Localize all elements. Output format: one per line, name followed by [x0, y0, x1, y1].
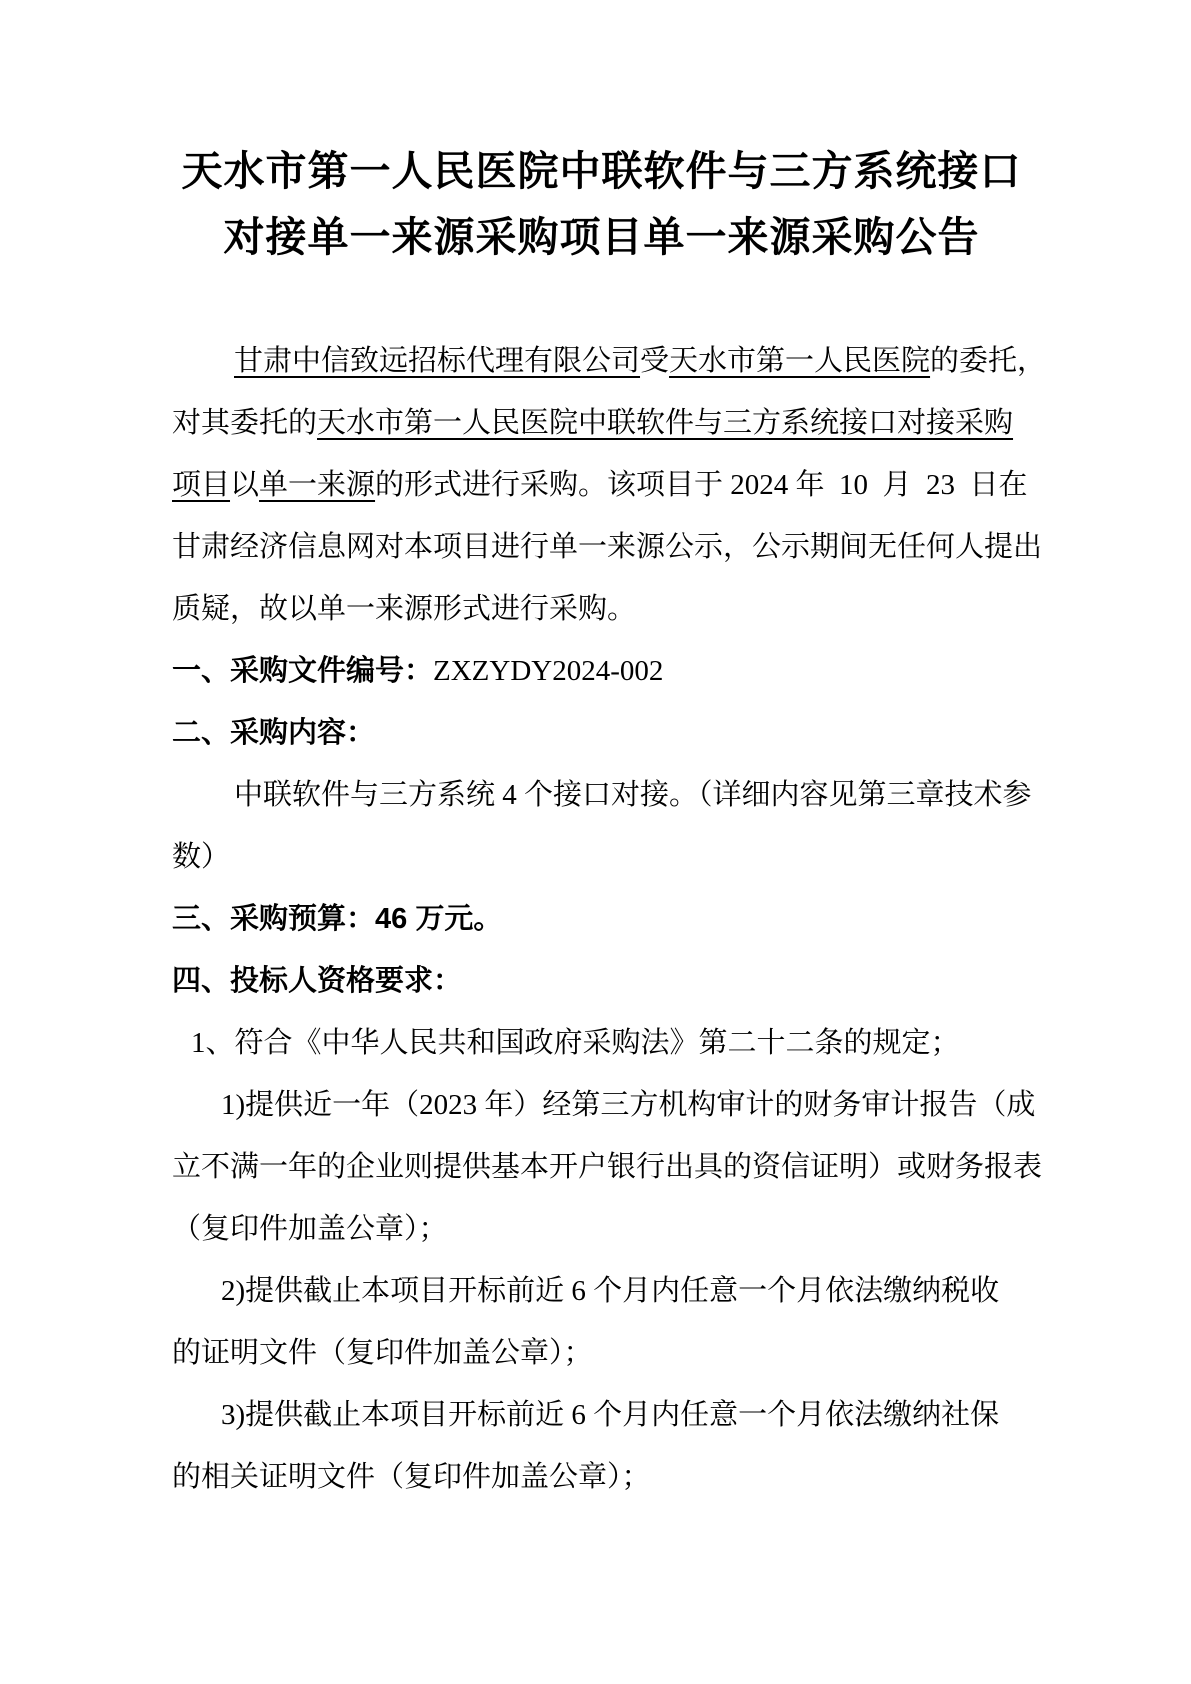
underlined-text-segment: 项目: [172, 469, 230, 501]
text-segment: 对其委托的: [172, 407, 317, 439]
underlined-text-segment: 单一来源: [259, 469, 375, 501]
text-segment: 3)提供截止本项目开标前近 6 个月内任意一个月依法缴纳社保: [221, 1399, 999, 1431]
document-title-line2: 对接单一来源采购项目单一来源采购公告: [172, 204, 1031, 270]
text-line-4: 甘肃经济信息网对本项目进行单一来源公示，公示期间无任何人提出: [172, 516, 1031, 578]
text-line-2: 对其委托的天水市第一人民医院中联软件与三方系统接口对接采购: [172, 392, 1031, 454]
heading-text-segment: 二、采购内容：: [172, 717, 375, 749]
text-segment: 的相关证明文件（复印件加盖公章）；: [172, 1461, 651, 1493]
text-segment: 甘肃经济信息网对本项目进行单一来源公示，公示期间无任何人提出: [172, 531, 1042, 563]
underlined-text-segment: 天水市第一人民医院: [669, 345, 930, 377]
text-segment: 2)提供截止本项目开标前近 6 个月内任意一个月依法缴纳税收: [221, 1275, 999, 1307]
text-segment: ZXZYDY2024-002: [433, 655, 663, 687]
heading-text-segment: 四、投标人资格要求：: [172, 965, 462, 997]
text-line-7: 二、采购内容：: [172, 702, 1031, 764]
text-line-5: 质疑，故以单一来源形式进行采购。: [172, 578, 1031, 640]
text-segment: 的证明文件（复印件加盖公章）；: [172, 1337, 593, 1369]
document-body: 甘肃中信致远招标代理有限公司受天水市第一人民医院的委托，对其委托的天水市第一人民…: [172, 330, 1031, 1508]
text-segment: 数）: [172, 841, 230, 873]
text-segment: 中联软件与三方系统 4 个接口对接。（详细内容见第三章技术参: [234, 779, 1032, 811]
text-line-15: （复印件加盖公章）；: [172, 1198, 1031, 1260]
text-line-1: 甘肃中信致远招标代理有限公司受天水市第一人民医院的委托，: [172, 330, 1031, 392]
underlined-text-segment: 甘肃中信致远招标代理有限公司: [234, 345, 640, 377]
underlined-text-segment: 天水市第一人民医院中联软件与三方系统接口对接采购: [317, 407, 1013, 439]
text-line-10: 三、采购预算：46 万元。: [172, 888, 1031, 950]
document-title: 天水市第一人民医院中联软件与三方系统接口 对接单一来源采购项目单一来源采购公告: [172, 138, 1031, 270]
text-segment: 质疑，故以单一来源形式进行采购。: [172, 593, 636, 625]
text-line-6: 一、采购文件编号：ZXZYDY2024-002: [172, 640, 1031, 702]
text-segment: 1)提供近一年（2023 年）经第三方机构审计的财务审计报告（成: [221, 1089, 1035, 1121]
heading-text-segment: 三、采购预算：46 万元。: [172, 903, 502, 935]
text-line-13: 1)提供近一年（2023 年）经第三方机构审计的财务审计报告（成: [172, 1074, 1031, 1136]
text-line-3: 项目以单一来源的形式进行采购。该项目于 2024 年 10 月 23 日在: [172, 454, 1031, 516]
text-segment: 以: [230, 469, 259, 501]
text-segment: 的形式进行采购。该项目于 2024 年 10 月 23 日在: [375, 469, 1028, 501]
text-line-11: 四、投标人资格要求：: [172, 950, 1031, 1012]
heading-text-segment: 一、采购文件编号：: [172, 655, 433, 687]
text-line-16: 2)提供截止本项目开标前近 6 个月内任意一个月依法缴纳税收: [172, 1260, 1031, 1322]
text-line-18: 3)提供截止本项目开标前近 6 个月内任意一个月依法缴纳社保: [172, 1384, 1031, 1446]
text-segment: 受: [640, 345, 669, 377]
text-line-9: 数）: [172, 826, 1031, 888]
document-page: 天水市第一人民医院中联软件与三方系统接口 对接单一来源采购项目单一来源采购公告 …: [0, 0, 1191, 1684]
text-line-8: 中联软件与三方系统 4 个接口对接。（详细内容见第三章技术参: [172, 764, 1031, 826]
text-line-14: 立不满一年的企业则提供基本开户银行出具的资信证明）或财务报表: [172, 1136, 1031, 1198]
text-segment: 立不满一年的企业则提供基本开户银行出具的资信证明）或财务报表: [172, 1151, 1042, 1183]
text-segment: （复印件加盖公章）；: [172, 1213, 448, 1245]
text-line-19: 的相关证明文件（复印件加盖公章）；: [172, 1446, 1031, 1508]
text-line-17: 的证明文件（复印件加盖公章）；: [172, 1322, 1031, 1384]
text-segment: 的委托，: [930, 345, 1046, 377]
text-segment: 1、符合《中华人民共和国政府采购法》第二十二条的规定；: [191, 1027, 960, 1059]
document-title-line1: 天水市第一人民医院中联软件与三方系统接口: [172, 138, 1031, 204]
text-line-12: 1、符合《中华人民共和国政府采购法》第二十二条的规定；: [172, 1012, 1031, 1074]
